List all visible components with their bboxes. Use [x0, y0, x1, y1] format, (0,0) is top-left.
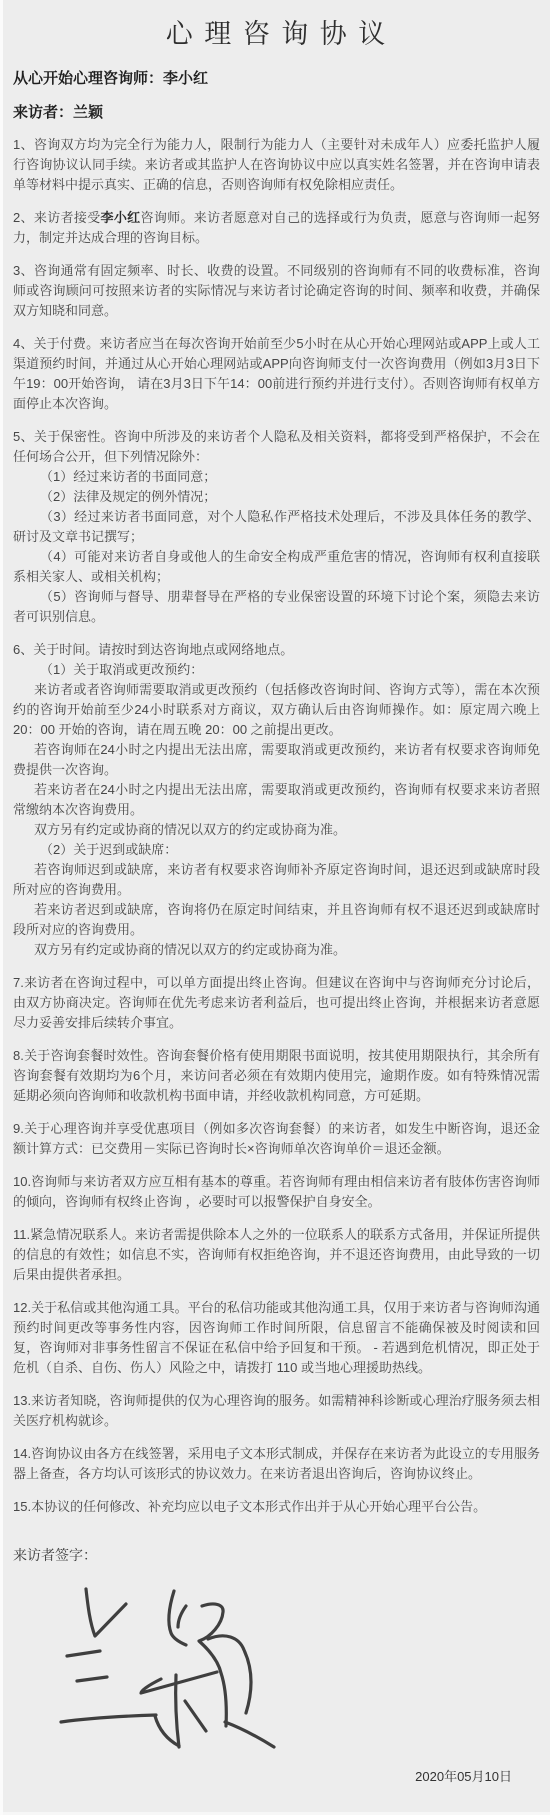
clause-line: 11.紧急情况联系人。来访者需提供除本人之外的一位联系人的联系方式备用，并保证所… — [13, 1225, 540, 1285]
signature-stroke — [176, 1675, 179, 1747]
visitor-signature-drawing — [55, 1575, 295, 1760]
signature-stroke — [208, 1636, 251, 1713]
clause-paragraph: 2、来访者接受李小红咨询师。来访者愿意对自己的选择或行为负责，愿意与咨询师一起努… — [13, 208, 540, 248]
clause-line: 7.来访者在咨询过程中，可以单方面提出终止咨询。但建议在咨询中与咨询师充分讨论后… — [13, 973, 540, 1033]
clause-paragraph: 3、咨询通常有固定频率、时长、收费的设置。不同级别的咨询师有不同的收费标准，咨询… — [13, 261, 540, 321]
clause-paragraph: 1、咨询双方均为完全行为能力人，限制行为能力人（主要针对未成年人）应委托监护人履… — [13, 135, 540, 195]
clause-paragraph: 5、关于保密性。咨询中所涉及的来访者个人隐私及相关资料，都将受到严格保护，不会在… — [13, 427, 540, 627]
clause-line: 13.来访者知晓，咨询师提供的仅为心理咨询的服务。如需精神科诊断或心理治疗服务须… — [13, 1391, 540, 1431]
signature-stroke — [86, 1589, 126, 1636]
signature-stroke — [199, 1604, 226, 1726]
clause-line: 15.本协议的任何修改、补充均应以电子文本形式作出并于从心开始心理平台公告。 — [13, 1497, 540, 1517]
clause-line: 6、关于时间。请按时到达咨询地点或网络地点。 — [13, 640, 540, 660]
clause-line: 3、咨询通常有固定频率、时长、收费的设置。不同级别的咨询师有不同的收费标准，咨询… — [13, 261, 540, 321]
clause-line: （1）关于取消或更改预约： — [13, 660, 540, 680]
clause-paragraph: 9.关于心理咨询并享受优惠项目（例如多次咨询套餐）的来访者，如发生中断咨询，退还… — [13, 1119, 540, 1159]
counselor-label: 从心开始心理咨询师： — [13, 70, 163, 87]
clause-line: 1、咨询双方均为完全行为能力人，限制行为能力人（主要针对未成年人）应委托监护人履… — [13, 135, 540, 195]
signature-stroke — [61, 1715, 156, 1722]
clause-paragraph: 15.本协议的任何修改、补充均应以电子文本形式作出并于从心开始心理平台公告。 — [13, 1497, 540, 1517]
clause-line: 若来访者在24小时之内提出无法出席，需要取消或更改预约，咨询师有权要求来访者照常… — [13, 780, 540, 820]
counselor-line: 从心开始心理咨询师：李小红 — [13, 67, 540, 88]
counselor-name-inline: 李小红 — [101, 210, 141, 225]
clause-line: 12.关于私信或其他沟通工具。平台的私信功能或其他沟通工具，仅用于来访者与咨询师… — [13, 1298, 540, 1378]
clause-line: 若咨询师迟到或缺席，来访者有权要求咨询师补齐原定咨询时间，退还迟到或缺席时段所对… — [13, 860, 540, 900]
clause-line: 4、关于付费。来访者应当在每次咨询开始前至少5小时在从心开始心理网站或APP上或… — [13, 334, 540, 414]
visitor-label: 来访者： — [13, 104, 73, 121]
clause-line: （1）经过来访者的书面同意； — [13, 467, 540, 487]
signature-stroke — [141, 1672, 217, 1693]
signature-stroke — [178, 1606, 186, 1627]
clause-line: 双方另有约定或协商的情况以双方的约定或协商为准。 — [13, 820, 540, 840]
date-text: 2020年05月10日 — [13, 1766, 540, 1785]
signature-stroke — [185, 1701, 206, 1731]
clause-paragraph: 11.紧急情况联系人。来访者需提供除本人之外的一位联系人的联系方式备用，并保证所… — [13, 1225, 540, 1285]
clause-line: 若来访者迟到或缺席，咨询将仍在原定时间结束，并且咨询师有权不退还迟到或缺席时段所… — [13, 900, 540, 940]
clause-paragraph: 7.来访者在咨询过程中，可以单方面提出终止咨询。但建议在咨询中与咨询师充分讨论后… — [13, 973, 540, 1033]
clause-line: （4）可能对来访者自身或他人的生命安全构成严重危害的情况，咨询师有权利直接联系相… — [13, 547, 540, 587]
clause-paragraph: 14.咨询协议由各方在线签署，采用电子文本形式制成，并保存在来访者为此设立的专用… — [13, 1444, 540, 1484]
visitor-line: 来访者：兰颖 — [13, 101, 540, 122]
clause-line: 8.关于咨询套餐时效性。咨询套餐价格有使用期限书面说明，按其使用期限执行，其余所… — [13, 1046, 540, 1106]
visitor-name: 兰颖 — [73, 104, 103, 121]
clause-line: 若咨询师在24小时之内提出无法出席，需要取消或更改预约，来访者有权要求咨询师免费… — [13, 740, 540, 780]
clause-line: 14.咨询协议由各方在线签署，采用电子文本形式制成，并保存在来访者为此设立的专用… — [13, 1444, 540, 1484]
clause-line: （3）经过来访者书面同意，对个人隐私作严格技术处理后，不涉及具体任务的教学、研讨… — [13, 507, 540, 547]
clause-line: 来访者或者咨询师需要取消或更改预约（包括修改咨询时间、咨询方式等），需在本次预约… — [13, 680, 540, 740]
clause-paragraph: 6、关于时间。请按时到达咨询地点或网络地点。（1）关于取消或更改预约：来访者或者… — [13, 640, 540, 960]
clause-line: 5、关于保密性。咨询中所涉及的来访者个人隐私及相关资料，都将受到严格保护，不会在… — [13, 427, 540, 467]
signature-stroke — [67, 1651, 100, 1656]
signature-label: 来访者签字： — [13, 1545, 540, 1565]
clause-paragraph: 12.关于私信或其他沟通工具。平台的私信功能或其他沟通工具，仅用于来访者与咨询师… — [13, 1298, 540, 1378]
signature-stroke — [169, 1591, 186, 1645]
signature-area — [55, 1575, 540, 1760]
clause-paragraph: 10.咨询师与来访者双方应互相有基本的尊重。若咨询师有理由相信来访者有肢体伤害咨… — [13, 1172, 540, 1212]
clause-line: 2、来访者接受李小红咨询师。来访者愿意对自己的选择或行为负责，愿意与咨询师一起努… — [13, 208, 540, 248]
clause-line: 双方另有约定或协商的情况以双方的约定或协商为准。 — [13, 940, 540, 960]
clauses-container: 1、咨询双方均为完全行为能力人，限制行为能力人（主要针对未成年人）应委托监护人履… — [13, 135, 540, 1517]
clause-paragraph: 13.来访者知晓，咨询师提供的仅为心理咨询的服务。如需精神科诊断或心理治疗服务须… — [13, 1391, 540, 1431]
page-title: 心 理 咨 询 协 议 — [13, 12, 540, 51]
clause-line: （2）法律及规定的例外情况； — [13, 487, 540, 507]
clause-line: （5）咨询师与督导、朋辈督导在严格的专业保密设置的环境下讨论个案，须隐去来访者可… — [13, 587, 540, 627]
counselor-name: 李小红 — [163, 70, 208, 87]
agreement-document: 心 理 咨 询 协 议 从心开始心理咨询师：李小红 来访者：兰颖 1、咨询双方均… — [0, 0, 550, 1815]
clause-paragraph: 4、关于付费。来访者应当在每次咨询开始前至少5小时在从心开始心理网站或APP上或… — [13, 334, 540, 414]
clause-line: 9.关于心理咨询并享受优惠项目（例如多次咨询套餐）的来访者，如发生中断咨询，退还… — [13, 1119, 540, 1159]
signature-stroke — [77, 1677, 107, 1681]
clause-line: （2）关于迟到或缺席： — [13, 840, 540, 860]
clause-line: 10.咨询师与来访者双方应互相有基本的尊重。若咨询师有理由相信来访者有肢体伤害咨… — [13, 1172, 540, 1212]
clause-paragraph: 8.关于咨询套餐时效性。咨询套餐价格有使用期限书面说明，按其使用期限执行，其余所… — [13, 1046, 540, 1106]
signature-stroke — [225, 1722, 274, 1747]
clause-text: 2、来访者接受 — [13, 210, 101, 225]
